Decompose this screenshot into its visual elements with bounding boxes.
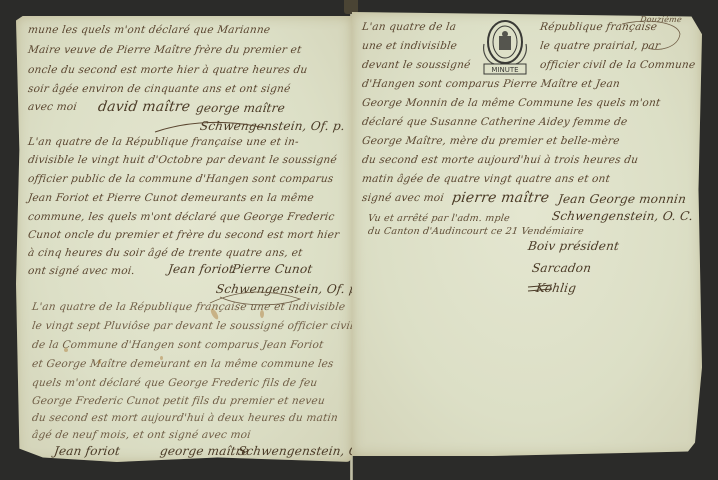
signature: george maître <box>195 102 286 114</box>
text-line: du second est morte aujourd'hui à trois … <box>361 155 639 166</box>
closing-note: du Canton d'Audincourt ce 21 Vendémiaire <box>367 227 584 237</box>
ink-stain <box>64 348 68 352</box>
text-line: L'an quatre de la République française u… <box>27 137 299 148</box>
signature: george maître <box>159 445 250 457</box>
text-line: oncle du second est morte hier à quatre … <box>27 65 308 76</box>
binding-clip <box>344 0 358 14</box>
signature: Jean foriot <box>167 263 235 275</box>
signature: Boiv président <box>527 240 620 252</box>
svg-text:MINUTE: MINUTE <box>491 66 518 74</box>
text-line: L'an quatre de la <box>361 22 472 33</box>
ink-stain <box>98 360 101 364</box>
signature: Jean George monnin <box>557 193 687 205</box>
text-line: du second est mort aujourd'hui à deux he… <box>31 413 338 424</box>
signature: david maître <box>97 100 191 114</box>
signature: Jean foriot <box>53 445 121 457</box>
text-line: George Maître, mère du premier et belle-… <box>361 136 620 147</box>
text-line: signé avec moi <box>361 193 444 204</box>
text-line: officier civil de la Commune <box>539 60 696 71</box>
signature: Pierre Cunot <box>231 263 313 275</box>
signature-flourish <box>526 283 556 293</box>
closing-note: Vu et arrêté par l'adm. mple <box>367 214 510 224</box>
text-line: Jean Foriot et Pierre Cunot demeurants e… <box>27 193 314 204</box>
text-line: d'Hangen sont comparus Pierre Maître et … <box>361 79 620 90</box>
margin-flourish <box>618 18 688 58</box>
text-line: et George Maître demeurant en la même co… <box>31 359 334 370</box>
signature: Sarcadon <box>531 262 592 274</box>
text-line: le vingt sept Pluviôse par devant le sou… <box>31 321 354 332</box>
signature: pierre maître <box>451 191 550 205</box>
text-line: déclaré que Susanne Catherine Aidey femm… <box>361 117 628 128</box>
ink-stain <box>160 356 163 360</box>
text-line: à cinq heures du soir âgé de trente quat… <box>27 248 303 259</box>
text-line: de la Commune d'Hangen sont comparus Jea… <box>31 340 324 351</box>
text-line: divisible le vingt huit d'Octobre par de… <box>27 155 337 166</box>
text-line: commune, les quels m'ont déclaré que Geo… <box>27 212 335 223</box>
text-line: matin âgée de quatre vingt quatre ans et… <box>361 174 610 185</box>
text-line: ont signé avec moi. <box>27 266 135 277</box>
signature-flourish <box>150 118 270 138</box>
text-line: avec moi <box>27 102 77 113</box>
text-line: quels m'ont déclaré que George Frederic … <box>31 378 318 389</box>
seal-icon: MINUTE <box>476 14 534 80</box>
text-line: George Monnin de la même Commune les que… <box>361 98 661 109</box>
text-line: officier public de la commune d'Hangen s… <box>27 174 334 185</box>
text-line: soir âgée environ de cinquante ans et on… <box>27 84 291 95</box>
signature-flourish <box>200 285 310 309</box>
ink-stain <box>260 310 264 318</box>
officer-signature: Schwengenstein, O. C. <box>551 210 694 222</box>
text-line: Cunot oncle du premier et frère du secon… <box>27 230 340 241</box>
text-line: Maire veuve de Pierre Maître frère du pr… <box>27 45 302 56</box>
text-line: mune les quels m'ont déclaré que Mariann… <box>27 25 271 36</box>
text-line: une et indivisible <box>361 41 457 52</box>
text-line: George Frederic Cunot petit fils du prem… <box>31 396 325 407</box>
text-line: devant le soussigné <box>361 60 471 71</box>
text-line: âgé de neuf mois, et ont signé avec moi <box>31 430 251 441</box>
minute-stamp: MINUTE <box>476 14 534 80</box>
